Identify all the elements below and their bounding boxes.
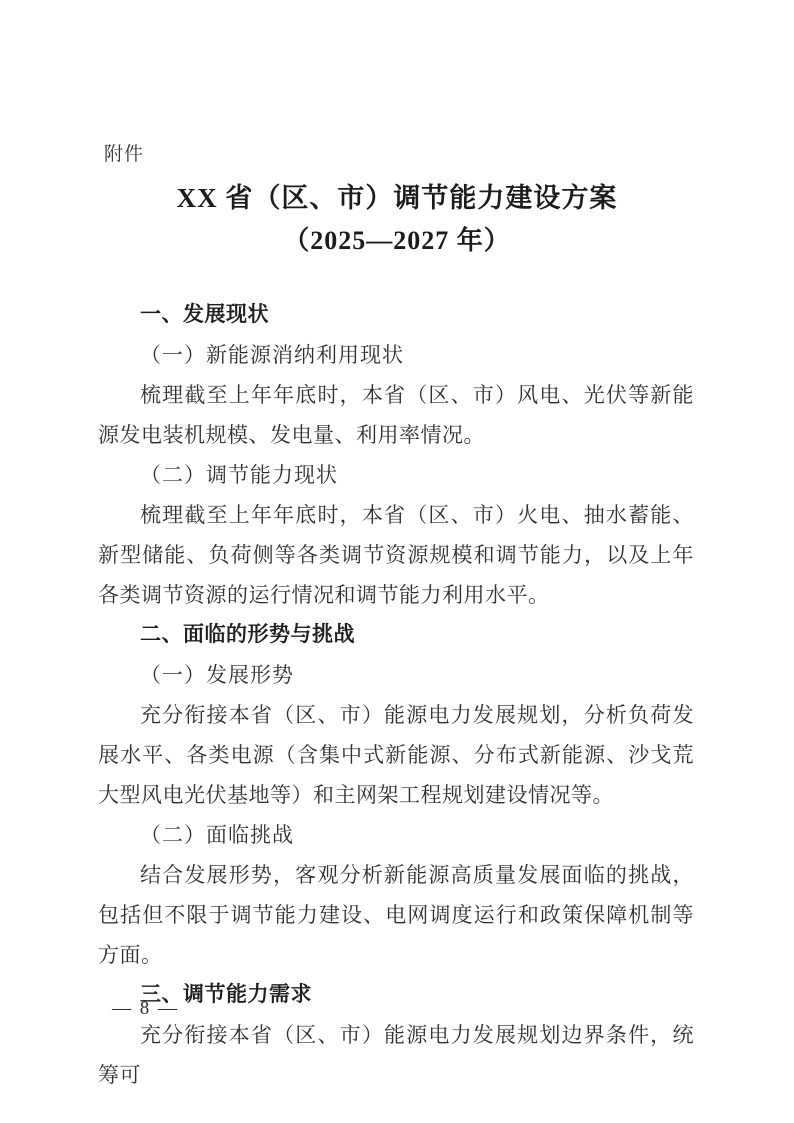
section-heading-2: 二、面临的形势与挑战 xyxy=(98,615,694,655)
document-title: XX 省（区、市）调节能力建设方案 xyxy=(98,176,696,220)
section-subheading-1-1: （一）新能源消纳利用现状 xyxy=(98,335,694,375)
section-subheading-2-2: （二）面临挑战 xyxy=(98,815,694,855)
attachment-label: 附件 xyxy=(104,142,794,168)
paragraph-3-1: 充分衔接本省（区、市）能源电力发展规划边界条件，统筹可 xyxy=(98,1015,694,1095)
paragraph-2-2: 结合发展形势，客观分析新能源高质量发展面临的挑战，包括但不限于调节能力建设、电网… xyxy=(98,855,694,975)
section-heading-3: 三、调节能力需求 xyxy=(98,975,694,1015)
section-subheading-2-1: （一）发展形势 xyxy=(98,655,694,695)
section-heading-1: 一、发展现状 xyxy=(98,295,694,335)
paragraph-1-2: 梳理截至上年年底时，本省（区、市）火电、抽水蓄能、新型储能、负荷侧等各类调节资源… xyxy=(98,495,694,615)
document-body: 一、发展现状 （一）新能源消纳利用现状 梳理截至上年年底时，本省（区、市）风电、… xyxy=(0,295,794,1095)
document-page: 附件 XX 省（区、市）调节能力建设方案 （2025—2027 年） 一、发展现… xyxy=(0,0,794,1123)
paragraph-1-1: 梳理截至上年年底时，本省（区、市）风电、光伏等新能源发电装机规模、发电量、利用率… xyxy=(98,375,694,455)
page-number: — 8 — xyxy=(112,998,179,1020)
section-subheading-1-2: （二）调节能力现状 xyxy=(98,455,694,495)
paragraph-2-1: 充分衔接本省（区、市）能源电力发展规划，分析负荷发展水平、各类电源（含集中式新能… xyxy=(98,695,694,815)
document-subtitle: （2025—2027 年） xyxy=(98,220,696,262)
title-block: XX 省（区、市）调节能力建设方案 （2025—2027 年） xyxy=(0,176,794,262)
